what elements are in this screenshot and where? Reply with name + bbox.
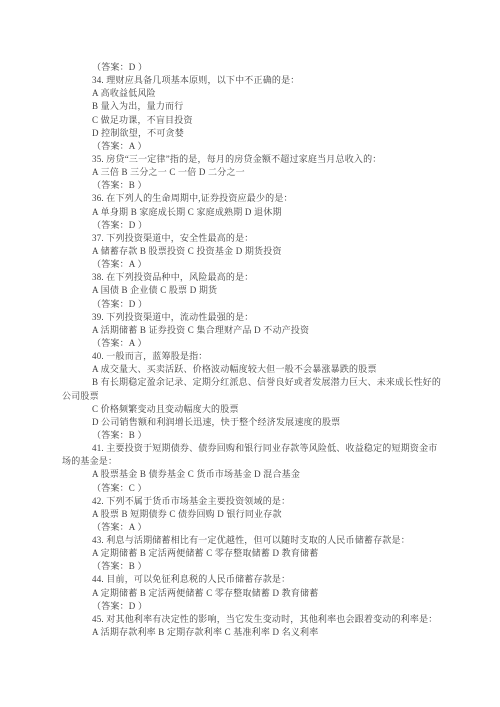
answer-line: （答案：A ） <box>62 521 450 534</box>
option-line: A 股票基金 B 债券基金 C 货币市场基金 D 混合基金 <box>62 468 450 481</box>
exam-questions-block: （答案：D ）34. 理财应具备几项基本原则，以下中不正确的是：A 高收益低风险… <box>62 61 450 639</box>
option-line: A 国债 B 企业债 C 股票 D 期货 <box>62 284 450 297</box>
continuation-line: 公司股票 <box>62 390 450 403</box>
question-line: 40. 一般而言，蓝筹股是指： <box>62 350 450 363</box>
answer-line: （答案：D ） <box>62 61 450 74</box>
answer-line: （答案：A ） <box>62 337 450 350</box>
option-line: A 单身期 B 家庭成长期 C 家庭成熟期 D 退休期 <box>62 206 450 219</box>
question-line: 42. 下列不属于货币市场基金主要投资领域的是： <box>62 495 450 508</box>
option-line: C 做足功课，不盲目投资 <box>62 114 450 127</box>
option-line: A 高收益低风险 <box>62 87 450 100</box>
continuation-line: 场的基金是： <box>62 455 450 468</box>
option-line: B 量入为出，量力而行 <box>62 100 450 113</box>
option-line: A 三倍 B 三分之一 C 一倍 D 二分之一 <box>62 166 450 179</box>
answer-line: （答案：C ） <box>62 482 450 495</box>
question-line: 41. 主要投资于短期债券、债券回购和银行同业存款等风险低、收益稳定的短期资金市 <box>62 442 450 455</box>
question-line: 38. 在下列投资品种中，风险最高的是： <box>62 271 450 284</box>
document-page: （答案：D ）34. 理财应具备几项基本原则，以下中不正确的是：A 高收益低风险… <box>0 0 500 707</box>
answer-line: （答案：D ） <box>62 298 450 311</box>
option-line: A 活期存款利率 B 定期存款利率 C 基准利率 D 名义利率 <box>62 626 450 639</box>
question-line: 35. 房贷“三一定律”指的是，每月的房贷金额不超过家庭当月总收入的： <box>62 153 450 166</box>
option-line: B 有长期稳定盈余记录、定期分红派息、信誉良好或者发展潜力巨大、未来成长性好的 <box>62 376 450 389</box>
option-line: A 定期储蓄 B 定活两便储蓄 C 零存整取储蓄 D 教育储蓄 <box>62 587 450 600</box>
question-line: 36. 在下列人的生命周期中,证券投资应最少的是： <box>62 192 450 205</box>
question-line: 44. 目前，可以免征利息税的人民币储蓄存款是： <box>62 573 450 586</box>
answer-line: （答案：D ） <box>62 600 450 613</box>
question-line: 43. 利息与活期储蓄相比有一定优越性，但可以随时支取的人民币储蓄存款是： <box>62 534 450 547</box>
question-line: 45. 对其他利率有决定性的影响，当它发生变动时，其他利率也会跟着变动的利率是： <box>62 613 450 626</box>
answer-line: （答案：B ） <box>62 429 450 442</box>
option-line: A 成交量大、买卖活跃、价格波动幅度较大但一般不会暴涨暴跌的股票 <box>62 363 450 376</box>
option-line: A 储蓄存款 B 股票投资 C 投资基金 D 期货投资 <box>62 245 450 258</box>
option-line: C 价格频繁变动且变动幅度大的股票 <box>62 403 450 416</box>
option-line: A 股票 B 短期债券 C 债券回购 D 银行同业存款 <box>62 508 450 521</box>
question-line: 39. 下列投资渠道中，流动性最强的是： <box>62 311 450 324</box>
option-line: A 活期储蓄 B 证券投资 C 集合理财产品 D 不动产投资 <box>62 324 450 337</box>
question-line: 37. 下列投资渠道中，安全性最高的是： <box>62 232 450 245</box>
answer-line: （答案：B ） <box>62 560 450 573</box>
option-line: A 定期储蓄 B 定活两便储蓄 C 零存整取储蓄 D 教育储蓄 <box>62 547 450 560</box>
answer-line: （答案：D ） <box>62 219 450 232</box>
answer-line: （答案：A ） <box>62 140 450 153</box>
question-line: 34. 理财应具备几项基本原则，以下中不正确的是： <box>62 74 450 87</box>
answer-line: （答案：A ） <box>62 258 450 271</box>
option-line: D 公司销售额和利润增长迅速，快于整个经济发展速度的股票 <box>62 416 450 429</box>
answer-line: （答案：B ） <box>62 179 450 192</box>
option-line: D 控制欲望，不可贪婪 <box>62 127 450 140</box>
